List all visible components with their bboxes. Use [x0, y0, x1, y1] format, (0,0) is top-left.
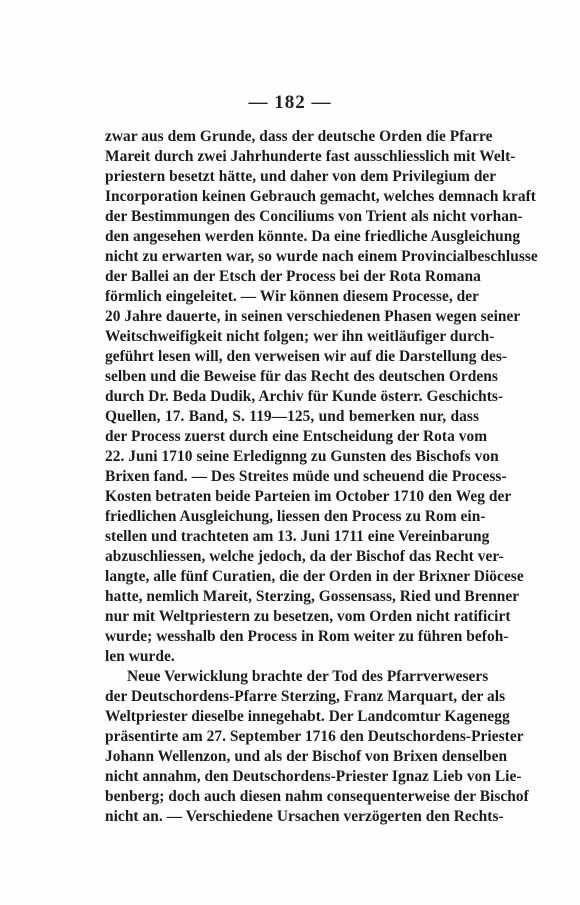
- text-line: zwar aus dem Grunde, dass der deutsche O…: [105, 127, 479, 147]
- text-line: langte, alle fünf Curatien, die der Orde…: [105, 567, 479, 587]
- text-line: nur mit Weltpriestern zu besetzen, vom O…: [105, 607, 479, 627]
- text-line: der Ballei an der Etsch der Process bei …: [105, 267, 479, 287]
- text-line: selben und die Beweise für das Recht des…: [105, 367, 479, 387]
- text-line: friedlichen Ausgleichung, liessen den Pr…: [105, 507, 479, 527]
- text-line: 20 Jahre dauerte, in seinen verschiedene…: [105, 307, 479, 327]
- text-line: nicht an. — Verschiedene Ursachen verzög…: [105, 807, 479, 827]
- text-line: Johann Wellenzon, und als der Bischof vo…: [105, 747, 479, 767]
- text-line: Brixen fand. — Des Streites müde und sch…: [105, 467, 479, 487]
- text-line: priestern besetzt hätte, und daher von d…: [105, 167, 479, 187]
- paragraph-start-line: Neue Verwicklung brachte der Tod des Pfa…: [105, 667, 479, 687]
- text-line: durch Dr. Beda Dudik, Archiv für Kunde ö…: [105, 387, 479, 407]
- text-line: abzuschliessen, welche jedoch, da der Bi…: [105, 547, 479, 567]
- text-line: stellen und trachteten am 13. Juni 1711 …: [105, 527, 479, 547]
- body-text: zwar aus dem Grunde, dass der deutsche O…: [105, 127, 479, 827]
- text-line: nicht annahm, den Deutschordens-Priester…: [105, 767, 479, 787]
- text-line: der Process zuerst durch eine Entscheidu…: [105, 427, 479, 447]
- text-line: Incorporation keinen Gebrauch gemacht, w…: [105, 187, 479, 207]
- text-line: der Deutschordens-Pfarre Sterzing, Franz…: [105, 687, 479, 707]
- text-line: präsentirte am 27. September 1716 den De…: [105, 727, 479, 747]
- text-line: den angesehen werden könnte. Da eine fri…: [105, 227, 479, 247]
- text-line: 22. Juni 1710 seine Erledignng zu Gunste…: [105, 447, 479, 467]
- text-line: geführt lesen will, den verweisen wir au…: [105, 347, 479, 367]
- text-line: Weltpriester dieselbe innegehabt. Der La…: [105, 707, 479, 727]
- book-page: — 182 — zwar aus dem Grunde, dass der de…: [0, 0, 580, 905]
- text-line: Kosten betraten beide Parteien im Octobe…: [105, 487, 479, 507]
- text-line: benberg; doch auch diesen nahm consequen…: [105, 787, 479, 807]
- text-line: hatte, nemlich Mareit, Sterzing, Gossens…: [105, 587, 479, 607]
- text-line: Weitschweifigkeit nicht folgen; wer ihn …: [105, 327, 479, 347]
- text-line: wurde; wesshalb den Process in Rom weite…: [105, 627, 479, 647]
- text-line: der Bestimmungen des Conciliums von Trie…: [105, 207, 479, 227]
- text-line: Quellen, 17. Band, S. 119—125, und bemer…: [105, 407, 479, 427]
- text-line: förmlich eingeleitet. — Wir können diese…: [105, 287, 479, 307]
- paragraph-end-line: len wurde.: [105, 647, 479, 667]
- text-line: Mareit durch zwei Jahrhunderte fast auss…: [105, 147, 479, 167]
- page-number: — 182 —: [0, 92, 580, 114]
- text-line: nicht zu erwarten war, so wurde nach ein…: [105, 247, 479, 267]
